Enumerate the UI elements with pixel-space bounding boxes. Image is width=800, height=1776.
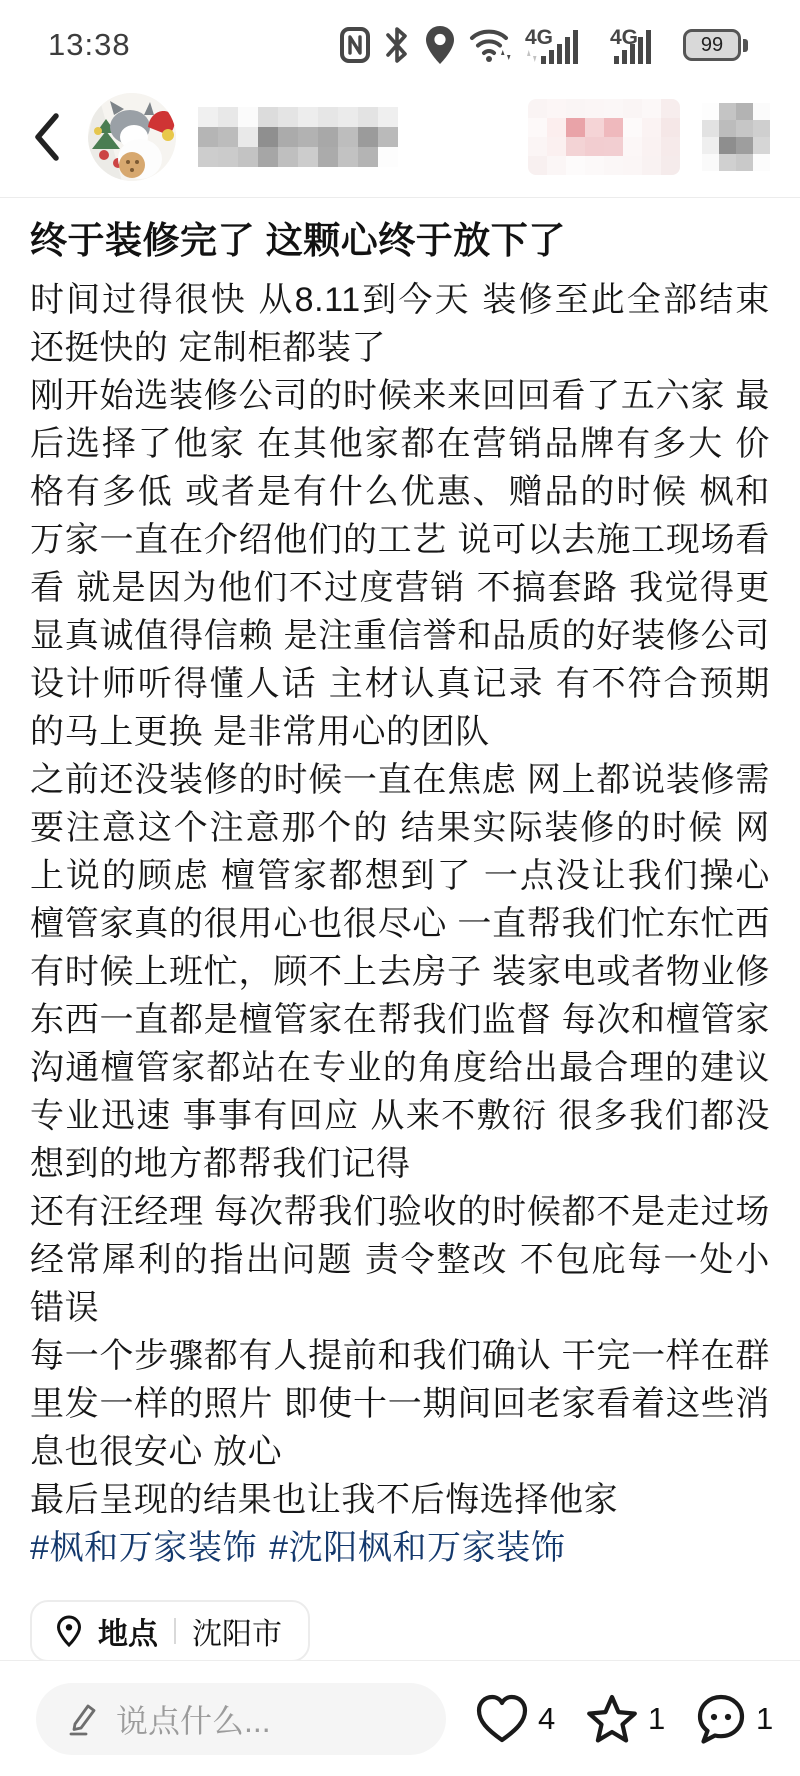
signal-sim1-icon: 4G [525, 24, 599, 66]
status-bar: 13:38 4G 4G 99 [0, 0, 800, 76]
comment-count: 1 [756, 1701, 776, 1737]
post-paragraph: 还有汪经理 每次帮我们验收的时候都不是走过场经常犀利的指出问题 责令整改 不包庇… [30, 1188, 770, 1332]
collect-count: 1 [648, 1701, 668, 1737]
app-screen: 13:38 4G 4G 99 [0, 0, 800, 1776]
location-icon [423, 24, 457, 66]
post-paragraph: 时间过得很快 从8.11到今天 装修至此全部结束 还挺快的 定制柜都装了 [30, 276, 770, 372]
hashtag-row: #枫和万家装饰#沈阳枫和万家装饰 [30, 1524, 770, 1572]
hashtag-link[interactable]: #枫和万家装饰 [30, 1529, 257, 1567]
post-content: 终于装修完了 这颗心终于放下了 时间过得很快 从8.11到今天 装修至此全部结束… [0, 198, 800, 1662]
svg-text:4G: 4G [525, 26, 553, 49]
bluetooth-icon [382, 24, 412, 66]
follow-button-blurred[interactable] [528, 99, 680, 175]
status-time: 13:38 [48, 27, 131, 63]
battery-level: 99 [701, 34, 723, 57]
like-count: 4 [538, 1701, 558, 1737]
action-buttons: 4 1 1 [448, 1691, 776, 1747]
comment-bubble-icon [694, 1693, 748, 1745]
location-value: 沈阳市 [192, 1609, 282, 1653]
post-header [0, 76, 800, 198]
comment-placeholder: 说点什么... [116, 1696, 271, 1742]
share-icon-blurred[interactable] [702, 103, 770, 171]
username-blurred[interactable] [198, 107, 398, 167]
battery-icon: 99 [683, 29, 748, 61]
back-button[interactable] [30, 110, 74, 164]
hashtag-link[interactable]: #沈阳枫和万家装饰 [269, 1529, 565, 1567]
signal-sim2-icon: 4G [610, 24, 672, 66]
location-label: 地点 [98, 1609, 158, 1653]
post-paragraph: 最后呈现的结果也让我不后悔选择他家 [30, 1476, 770, 1524]
post-paragraph: 之前还没装修的时候一直在焦虑 网上都说装修需要注意这个注意那个的 结果实际装修的… [30, 756, 770, 1188]
comment-button[interactable]: 1 [694, 1693, 776, 1745]
comment-input[interactable]: 说点什么... [36, 1683, 446, 1755]
avatar[interactable] [88, 93, 176, 181]
pencil-icon [66, 1702, 98, 1736]
post-paragraph: 刚开始选装修公司的时候来来回回看了五六家 最后选择了他家 在其他家都在营销品牌有… [30, 372, 770, 756]
post-title: 终于装修完了 这颗心终于放下了 [30, 214, 770, 268]
heart-icon [474, 1693, 530, 1745]
location-chip[interactable]: 地点 沈阳市 [30, 1600, 310, 1662]
collect-button[interactable]: 1 [584, 1691, 668, 1747]
comment-bar: 说点什么... 4 1 1 [0, 1660, 800, 1776]
post-body: 时间过得很快 从8.11到今天 装修至此全部结束 还挺快的 定制柜都装了刚开始选… [30, 276, 770, 1524]
like-button[interactable]: 4 [474, 1693, 558, 1745]
status-icons: 4G 4G 99 [339, 24, 748, 66]
star-icon [584, 1691, 640, 1747]
nfc-icon [339, 26, 371, 64]
post-paragraph: 每一个步骤都有人提前和我们确认 干完一样在群里发一样的照片 即使十一期间回老家看… [30, 1332, 770, 1476]
chip-divider [174, 1618, 176, 1644]
map-pin-icon [52, 1614, 86, 1648]
wifi-icon [468, 25, 514, 65]
